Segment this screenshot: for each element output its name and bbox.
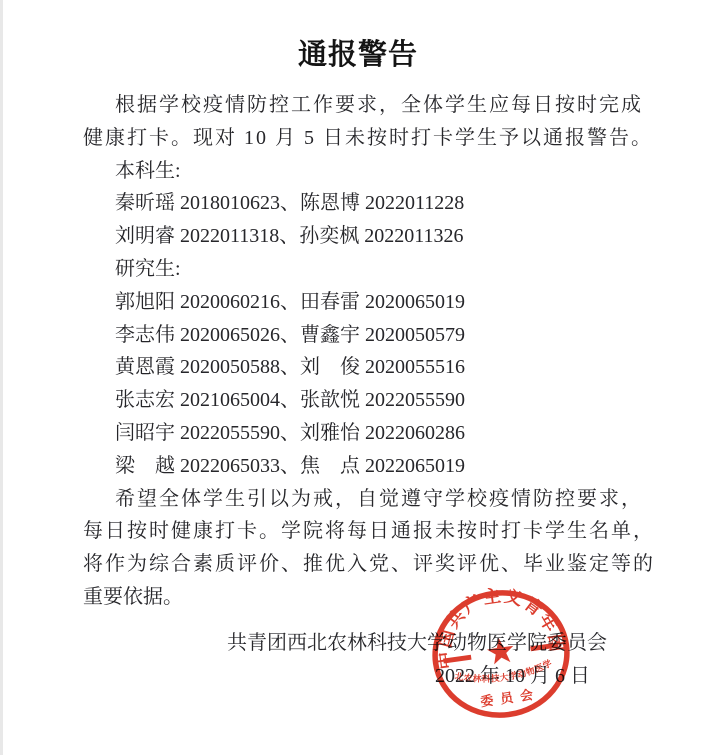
body-line: 每日按时健康打卡。学院将每日通报未按时打卡学生名单，	[83, 515, 639, 548]
body-line: 张志宏 2021065004、张歆悦 2022055590	[83, 384, 639, 417]
body-line: 刘明睿 2022011318、孙奕枫 2022011326	[83, 220, 639, 253]
document-title: 通报警告	[0, 36, 716, 72]
body-line: 李志伟 2020065026、曹鑫宇 2020050579	[83, 319, 639, 352]
body-line: 健康打卡。现对 10 月 5 日未按时打卡学生予以通报警告。	[83, 122, 639, 155]
page-left-edge	[0, 0, 3, 755]
body-line: 研究生:	[83, 253, 639, 286]
date: 2022 年 10 月 6 日	[435, 660, 590, 693]
body-line: 本科生:	[83, 155, 639, 188]
body-line: 根据学校疫情防控工作要求，全体学生应每日按时完成	[83, 89, 639, 122]
signature: 共青团西北农林科技大学动物医学院委员会	[227, 627, 607, 660]
body-line: 黄恩霞 2020050588、刘 俊 2020055516	[83, 351, 639, 384]
body-line: 将作为综合素质评价、推优入党、评奖评优、毕业鉴定等的	[83, 548, 639, 581]
body-line: 秦昕瑶 2018010623、陈恩博 2022011228	[83, 187, 639, 220]
document-page: 通报警告 根据学校疫情防控工作要求，全体学生应每日按时完成 健康打卡。现对 10…	[0, 0, 716, 755]
body-line: 梁 越 2022065033、焦 点 2022065019	[83, 450, 639, 483]
body-line: 闫昭宇 2022055590、刘雅怡 2022060286	[83, 417, 639, 450]
document-body: 根据学校疫情防控工作要求，全体学生应每日按时完成 健康打卡。现对 10 月 5 …	[83, 89, 639, 614]
body-line: 郭旭阳 2020060216、田春雷 2020065019	[83, 286, 639, 319]
body-line: 重要依据。	[83, 581, 639, 614]
body-line: 希望全体学生引以为戒，自觉遵守学校疫情防控要求，	[83, 483, 639, 516]
